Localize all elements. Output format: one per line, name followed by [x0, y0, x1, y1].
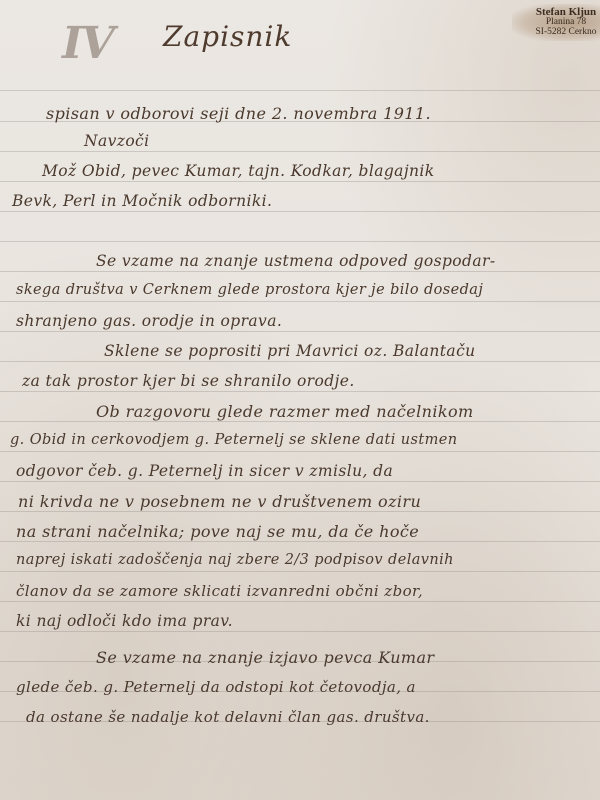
ruled-line [0, 421, 600, 422]
stamp-street: Planina 78 [518, 17, 600, 27]
ruled-line [0, 331, 600, 332]
text-line: za tak prostor kjer bi se shranilo orodj… [22, 372, 355, 390]
section-numeral: IV [62, 18, 113, 69]
ruled-line [0, 301, 600, 302]
text-line: ni krivda ne v posebnem ne v društvenem … [18, 492, 421, 511]
ruled-line [0, 241, 600, 242]
text-line: Sklene se poprositi pri Mavrici oz. Bala… [104, 342, 476, 360]
text-line: Se vzame na znanje ustmena odpoved gospo… [96, 252, 495, 270]
text-line: glede čeb. g. Peternelj da odstopi kot č… [16, 678, 416, 696]
text-line: Se vzame na znanje izjavo pevca Kumar [96, 648, 434, 667]
text-line: Bevk, Perl in Močnik odborniki. [12, 192, 272, 210]
stamp-city: SI-5282 Cerkno [518, 27, 600, 37]
page-title: Zapisnik [163, 20, 292, 53]
ruled-line [0, 631, 600, 632]
ruled-line [0, 271, 600, 272]
ruled-line [0, 151, 600, 152]
ruled-line [0, 90, 600, 91]
text-line: g. Obid in cerkovodjem g. Peternelj se s… [10, 432, 457, 448]
text-line: spisan v odborovi seji dne 2. novembra 1… [46, 104, 431, 123]
ruled-line [0, 361, 600, 362]
text-line: na strani načelnika; pove naj se mu, da … [16, 522, 419, 541]
text-line: ki naj odloči kdo ima prav. [16, 612, 233, 630]
ruled-line [0, 571, 600, 572]
ruled-line [0, 451, 600, 452]
ruled-line [0, 601, 600, 602]
ruled-line [0, 541, 600, 542]
ruled-line [0, 211, 600, 212]
text-line: shranjeno gas. orodje in oprava. [16, 312, 282, 330]
text-line: odgovor čeb. g. Peternelj in sicer v zmi… [16, 462, 393, 480]
text-line: skega društva v Cerknem glede prostora k… [16, 282, 483, 298]
ruled-line [0, 511, 600, 512]
ruled-line [0, 481, 600, 482]
ruled-line [0, 391, 600, 392]
text-line: Mož Obid, pevec Kumar, tajn. Kodkar, bla… [42, 162, 435, 180]
ruled-line [0, 181, 600, 182]
text-line: da ostane še nadalje kot delavni član ga… [26, 708, 430, 726]
text-line: Navzoči [84, 132, 150, 150]
owner-stamp: Stefan Kljun Planina 78 SI-5282 Cerkno [512, 4, 600, 41]
text-line: članov da se zamore sklicati izvanredni … [16, 582, 423, 600]
text-line: naprej iskati zadoščenja naj zbere 2/3 p… [16, 552, 454, 568]
text-line: Ob razgovoru glede razmer med načelnikom [96, 402, 474, 421]
stamp-name: Stefan Kljun [518, 7, 600, 17]
